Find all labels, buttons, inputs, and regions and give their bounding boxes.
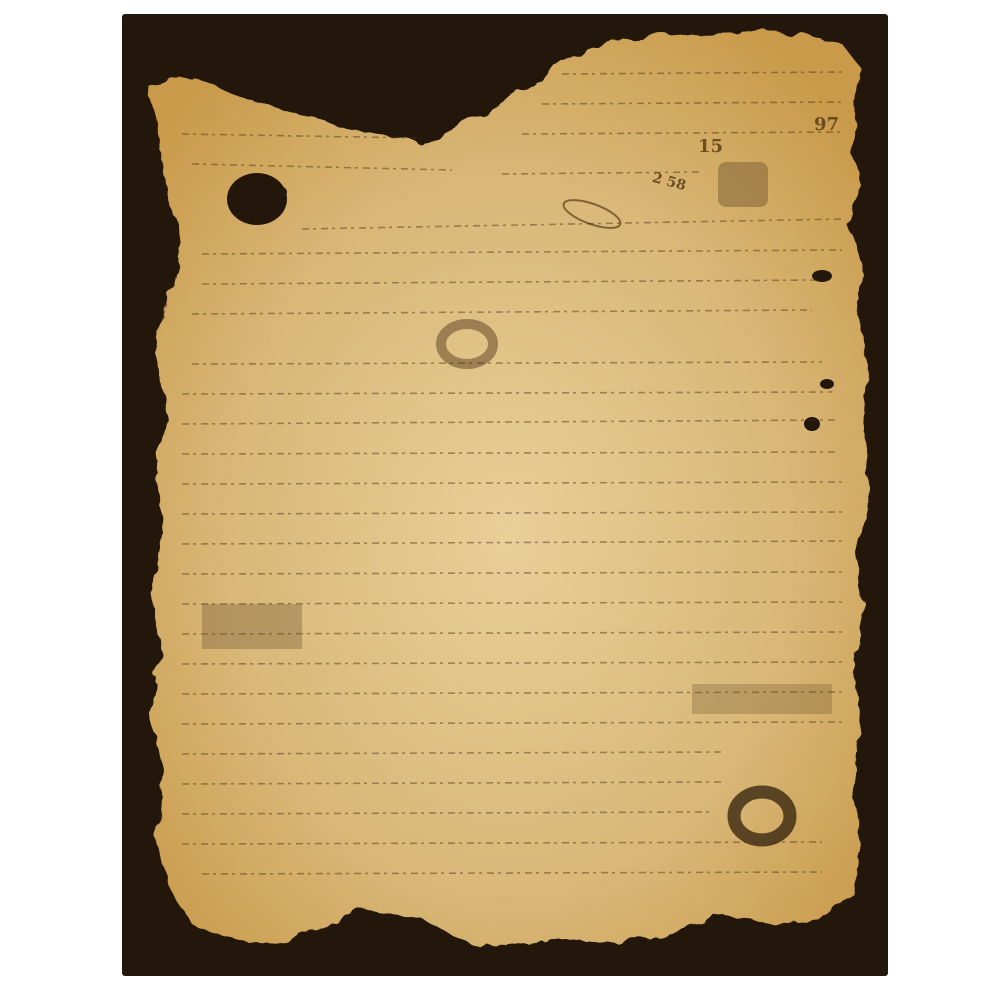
page-number-mark: 15 <box>698 136 723 157</box>
rug: 15 97 2 58 <box>122 14 888 976</box>
corner-number-mark: 97 <box>814 114 839 135</box>
dark-hole-left <box>227 173 287 225</box>
wax-seal <box>718 162 768 207</box>
manuscript-parchment <box>122 14 888 976</box>
